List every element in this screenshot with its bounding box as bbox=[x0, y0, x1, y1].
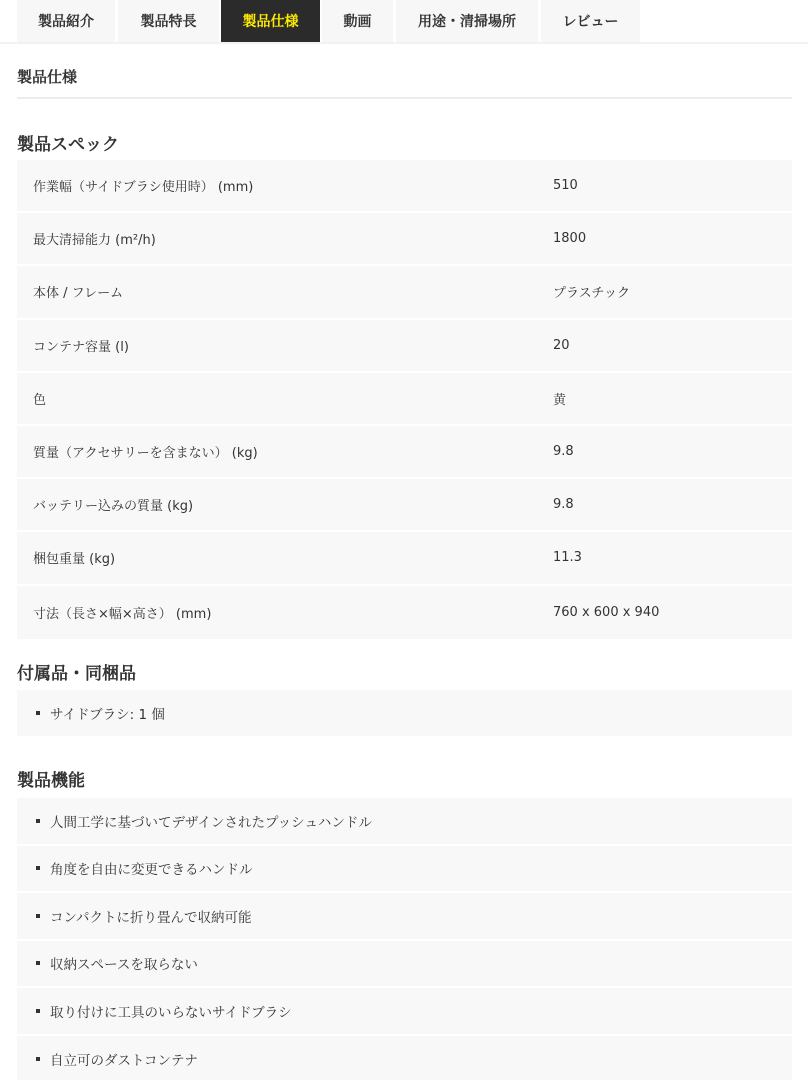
tab-product-specs[interactable]: 製品仕様 bbox=[221, 0, 320, 42]
spec-value: 760 x 600 x 940 bbox=[553, 605, 792, 620]
spec-value: 510 bbox=[553, 178, 792, 193]
features-heading: 製品機能 bbox=[17, 766, 85, 791]
spec-row: 本体 / フレーム プラスチック bbox=[17, 266, 792, 319]
spec-label: コンテナ容量 (l) bbox=[17, 336, 553, 355]
spec-heading: 製品スペック bbox=[17, 130, 119, 155]
accessories-heading: 付属品・同梱品 bbox=[17, 659, 136, 684]
page-title: 製品仕様 bbox=[17, 66, 77, 87]
tab-usage-areas[interactable]: 用途・清掃場所 bbox=[396, 0, 538, 42]
bullet-icon bbox=[36, 711, 40, 715]
list-item: 人間工学に基づいてデザインされたプッシュハンドル bbox=[17, 798, 792, 846]
list-item: 取り付けに工具のいらないサイドブラシ bbox=[17, 988, 792, 1036]
spec-label: 本体 / フレーム bbox=[17, 282, 553, 301]
spec-value: 11.3 bbox=[553, 550, 792, 565]
list-item-text: 角度を自由に変更できるハンドル bbox=[50, 858, 253, 878]
spec-label: 寸法（長さ×幅×高さ） (mm) bbox=[17, 603, 553, 622]
spec-label: 作業幅（サイドブラシ使用時） (mm) bbox=[17, 176, 553, 195]
spec-row: 最大清掃能力 (m²/h) 1800 bbox=[17, 213, 792, 266]
bullet-icon bbox=[36, 1009, 40, 1013]
spec-label: 質量（アクセサリーを含まない） (kg) bbox=[17, 442, 553, 461]
tab-product-intro[interactable]: 製品紹介 bbox=[17, 0, 115, 42]
spec-value: 9.8 bbox=[553, 444, 792, 459]
spec-label: 最大清掃能力 (m²/h) bbox=[17, 229, 553, 248]
bullet-icon bbox=[36, 819, 40, 823]
list-item-text: 自立可のダストコンテナ bbox=[50, 1049, 198, 1069]
spec-value: 1800 bbox=[553, 231, 792, 246]
spec-label: 梱包重量 (kg) bbox=[17, 548, 553, 567]
spec-row: 色 黄 bbox=[17, 373, 792, 426]
list-item-text: 取り付けに工具のいらないサイドブラシ bbox=[50, 1001, 292, 1021]
list-item: 角度を自由に変更できるハンドル bbox=[17, 846, 792, 894]
tab-video[interactable]: 動画 bbox=[322, 0, 393, 42]
features-list: 人間工学に基づいてデザインされたプッシュハンドル 角度を自由に変更できるハンドル… bbox=[17, 798, 792, 1080]
spec-value: プラスチック bbox=[553, 282, 792, 301]
bullet-icon bbox=[36, 866, 40, 870]
spec-row: バッテリー込みの質量 (kg) 9.8 bbox=[17, 479, 792, 532]
title-divider bbox=[17, 97, 792, 99]
list-item-text: サイドブラシ: 1 個 bbox=[50, 703, 165, 723]
list-item: 収納スペースを取らない bbox=[17, 941, 792, 989]
tab-reviews[interactable]: レビュー bbox=[541, 0, 640, 42]
tab-product-features[interactable]: 製品特長 bbox=[118, 0, 219, 42]
list-item: コンパクトに折り畳んで収納可能 bbox=[17, 893, 792, 941]
spec-value: 9.8 bbox=[553, 497, 792, 512]
spec-row: 質量（アクセサリーを含まない） (kg) 9.8 bbox=[17, 426, 792, 479]
list-item: サイドブラシ: 1 個 bbox=[17, 690, 792, 736]
spec-table: 作業幅（サイドブラシ使用時） (mm) 510 最大清掃能力 (m²/h) 18… bbox=[17, 160, 792, 639]
list-item-text: コンパクトに折り畳んで収納可能 bbox=[50, 906, 252, 926]
list-item-text: 人間工学に基づいてデザインされたプッシュハンドル bbox=[50, 811, 372, 831]
bullet-icon bbox=[36, 1057, 40, 1061]
spec-row: 作業幅（サイドブラシ使用時） (mm) 510 bbox=[17, 160, 792, 213]
spec-value: 黄 bbox=[553, 389, 792, 408]
spec-label: 色 bbox=[17, 389, 553, 408]
spec-value: 20 bbox=[553, 338, 792, 353]
spec-row: コンテナ容量 (l) 20 bbox=[17, 320, 792, 373]
list-item-text: 収納スペースを取らない bbox=[50, 953, 198, 973]
bullet-icon bbox=[36, 961, 40, 965]
bullet-icon bbox=[36, 914, 40, 918]
spec-label: バッテリー込みの質量 (kg) bbox=[17, 495, 553, 514]
accessories-list: サイドブラシ: 1 個 bbox=[17, 690, 792, 736]
list-item: 自立可のダストコンテナ bbox=[17, 1036, 792, 1080]
tab-bar: 製品紹介 製品特長 製品仕様 動画 用途・清掃場所 レビュー bbox=[0, 0, 808, 44]
spec-row: 寸法（長さ×幅×高さ） (mm) 760 x 600 x 940 bbox=[17, 586, 792, 639]
spec-row: 梱包重量 (kg) 11.3 bbox=[17, 532, 792, 585]
